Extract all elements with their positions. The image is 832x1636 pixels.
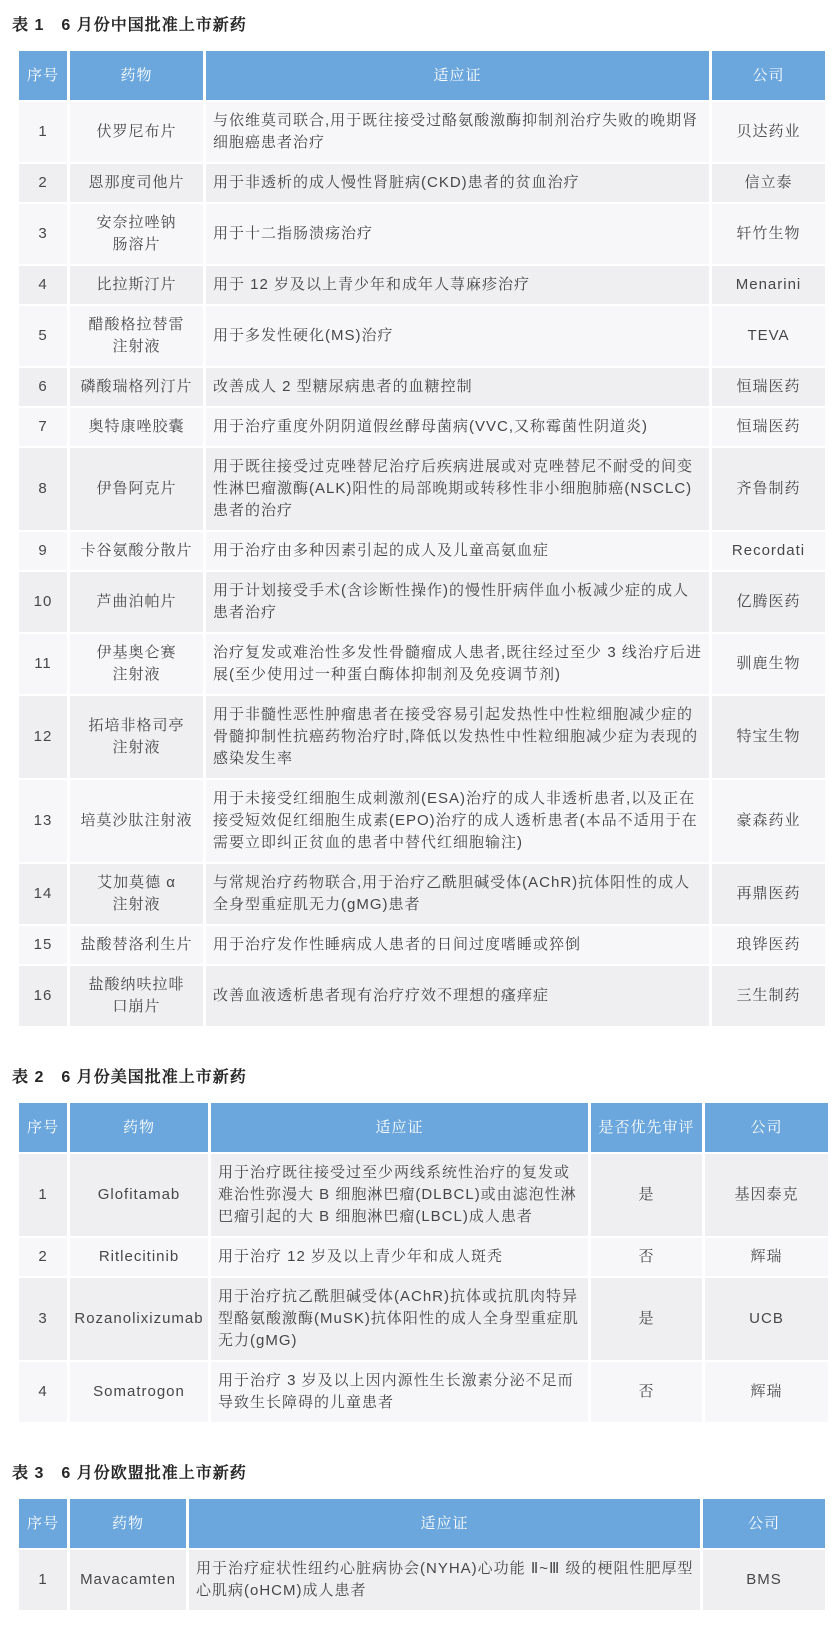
table2-usa-approvals: 序号药物适应证是否优先审评公司1Glofitamab用于治疗既往接受过至少两线系… [16,1101,831,1424]
table-row: 16盐酸纳呋拉啡 口崩片改善血液透析患者现有治疗疗效不理想的瘙痒症三生制药 [19,966,825,1026]
drug-name-cell: 盐酸纳呋拉啡 口崩片 [70,966,203,1026]
row-number-cell: 1 [19,102,67,162]
indication-cell: 用于治疗重度外阴阴道假丝酵母菌病(VVC,又称霉菌性阴道炎) [206,408,709,446]
table-row: 9卡谷氨酸分散片用于治疗由多种因素引起的成人及儿童高氨血症Recordati [19,532,825,570]
drug-name-cell: 艾加莫德 α 注射液 [70,864,203,924]
table2-section: 表 2 6 月份美国批准上市新药 序号药物适应证是否优先审评公司1Glofita… [0,1064,832,1424]
indication-cell: 与依维莫司联合,用于既往接受过酪氨酸激酶抑制剂治疗失败的晚期肾细胞癌患者治疗 [206,102,709,162]
table1-section: 表 1 6 月份中国批准上市新药 序号药物适应证公司1伏罗尼布片与依维莫司联合,… [0,12,832,1028]
company-cell: 三生制药 [712,966,825,1026]
table-row: 7奥特康唑胶囊用于治疗重度外阴阴道假丝酵母菌病(VVC,又称霉菌性阴道炎)恒瑞医… [19,408,825,446]
company-cell: 齐鲁制药 [712,448,825,530]
row-number-cell: 15 [19,926,67,964]
company-cell: 驯鹿生物 [712,634,825,694]
indication-cell: 用于非髓性恶性肿瘤患者在接受容易引起发热性中性粒细胞减少症的骨髓抑制性抗癌药物治… [206,696,709,778]
indication-cell: 用于多发性硬化(MS)治疗 [206,306,709,366]
company-cell: 辉瑞 [705,1238,828,1276]
indication-cell: 用于治疗 12 岁及以上青少年和成人斑秃 [211,1238,588,1276]
table-row: 3安奈拉唑钠 肠溶片用于十二指肠溃疡治疗轩竹生物 [19,204,825,264]
drug-name-cell: 伏罗尼布片 [70,102,203,162]
indication-cell: 用于未接受红细胞生成刺激剂(ESA)治疗的成人非透析患者,以及正在接受短效促红细… [206,780,709,862]
table-row: 15盐酸替洛利生片用于治疗发作性睡病成人患者的日间过度嗜睡或猝倒琅铧医药 [19,926,825,964]
drug-name-cell: Glofitamab [70,1154,208,1236]
company-cell: 恒瑞医药 [712,408,825,446]
table3-title: 表 3 6 月份欧盟批准上市新药 [12,1460,832,1483]
table-row: 6磷酸瑞格列汀片改善成人 2 型糖尿病患者的血糖控制恒瑞医药 [19,368,825,406]
row-number-cell: 1 [19,1154,67,1236]
indication-cell: 用于十二指肠溃疡治疗 [206,204,709,264]
drug-name-cell: 盐酸替洛利生片 [70,926,203,964]
row-number-cell: 4 [19,266,67,304]
drug-name-cell: 伊鲁阿克片 [70,448,203,530]
priority-review-cell: 否 [591,1362,702,1422]
column-header-drug-name: 药物 [70,51,203,100]
company-cell: 贝达药业 [712,102,825,162]
column-header-drug-name: 药物 [70,1499,186,1548]
company-cell: 辉瑞 [705,1362,828,1422]
table-row: 10芦曲泊帕片用于计划接受手术(含诊断性操作)的慢性肝病伴血小板减少症的成人患者… [19,572,825,632]
company-cell: 恒瑞医药 [712,368,825,406]
row-number-cell: 7 [19,408,67,446]
row-number-cell: 13 [19,780,67,862]
column-header-row: 序号药物适应证公司 [19,51,825,100]
drug-name-cell: 芦曲泊帕片 [70,572,203,632]
table-row: 8伊鲁阿克片用于既往接受过克唑替尼治疗后疾病进展或对克唑替尼不耐受的间变性淋巴瘤… [19,448,825,530]
drug-name-cell: 恩那度司他片 [70,164,203,202]
priority-review-cell: 是 [591,1154,702,1236]
indication-cell: 改善成人 2 型糖尿病患者的血糖控制 [206,368,709,406]
company-cell: TEVA [712,306,825,366]
indication-cell: 用于非透析的成人慢性肾脏病(CKD)患者的贫血治疗 [206,164,709,202]
table-row: 11伊基奥仑赛 注射液治疗复发或难治性多发性骨髓瘤成人患者,既往经过至少 3 线… [19,634,825,694]
table-row: 5醋酸格拉替雷 注射液用于多发性硬化(MS)治疗TEVA [19,306,825,366]
drug-name-cell: Rozanolixizumab [70,1278,208,1360]
row-number-cell: 8 [19,448,67,530]
row-number-cell: 1 [19,1550,67,1610]
column-header-indication: 适应证 [211,1103,588,1152]
table-row: 2恩那度司他片用于非透析的成人慢性肾脏病(CKD)患者的贫血治疗信立泰 [19,164,825,202]
drug-name-cell: 磷酸瑞格列汀片 [70,368,203,406]
indication-cell: 用于治疗由多种因素引起的成人及儿童高氨血症 [206,532,709,570]
column-header-row-number: 序号 [19,1499,67,1548]
table-row: 13培莫沙肽注射液用于未接受红细胞生成刺激剂(ESA)治疗的成人非透析患者,以及… [19,780,825,862]
drug-name-cell: 安奈拉唑钠 肠溶片 [70,204,203,264]
indication-cell: 用于计划接受手术(含诊断性操作)的慢性肝病伴血小板减少症的成人患者治疗 [206,572,709,632]
column-header-row: 序号药物适应证是否优先审评公司 [19,1103,828,1152]
row-number-cell: 11 [19,634,67,694]
table-row: 1Glofitamab用于治疗既往接受过至少两线系统性治疗的复发或难治性弥漫大 … [19,1154,828,1236]
column-header-drug-name: 药物 [70,1103,208,1152]
indication-cell: 用于治疗抗乙酰胆碱受体(AChR)抗体或抗肌肉特异型酪氨酸激酶(MuSK)抗体阳… [211,1278,588,1360]
priority-review-cell: 是 [591,1278,702,1360]
table-row: 14艾加莫德 α 注射液与常规治疗药物联合,用于治疗乙酰胆碱受体(AChR)抗体… [19,864,825,924]
indication-cell: 用于治疗症状性纽约心脏病协会(NYHA)心功能 Ⅱ~Ⅲ 级的梗阻性肥厚型心肌病(… [189,1550,700,1610]
table2-title: 表 2 6 月份美国批准上市新药 [12,1064,832,1087]
indication-cell: 用于治疗发作性睡病成人患者的日间过度嗜睡或猝倒 [206,926,709,964]
row-number-cell: 3 [19,204,67,264]
drug-name-cell: Mavacamten [70,1550,186,1610]
column-header-row-number: 序号 [19,1103,67,1152]
table-row: 1Mavacamten用于治疗症状性纽约心脏病协会(NYHA)心功能 Ⅱ~Ⅲ 级… [19,1550,825,1610]
drug-name-cell: 拓培非格司亭 注射液 [70,696,203,778]
row-number-cell: 3 [19,1278,67,1360]
indication-cell: 用于治疗 3 岁及以上因内源性生长激素分泌不足而导致生长障碍的儿童患者 [211,1362,588,1422]
indication-cell: 用于治疗既往接受过至少两线系统性治疗的复发或难治性弥漫大 B 细胞淋巴瘤(DLB… [211,1154,588,1236]
company-cell: 特宝生物 [712,696,825,778]
column-header-company: 公司 [712,51,825,100]
indication-cell: 用于 12 岁及以上青少年和成年人荨麻疹治疗 [206,266,709,304]
row-number-cell: 4 [19,1362,67,1422]
company-cell: 豪森药业 [712,780,825,862]
table-row: 2Ritlecitinib用于治疗 12 岁及以上青少年和成人斑秃否辉瑞 [19,1238,828,1276]
indication-cell: 改善血液透析患者现有治疗疗效不理想的瘙痒症 [206,966,709,1026]
company-cell: Menarini [712,266,825,304]
row-number-cell: 2 [19,1238,67,1276]
drug-name-cell: Ritlecitinib [70,1238,208,1276]
company-cell: 亿腾医药 [712,572,825,632]
drug-name-cell: 醋酸格拉替雷 注射液 [70,306,203,366]
company-cell: 再鼎医药 [712,864,825,924]
column-header-company: 公司 [705,1103,828,1152]
drug-name-cell: 伊基奥仑赛 注射液 [70,634,203,694]
row-number-cell: 9 [19,532,67,570]
row-number-cell: 10 [19,572,67,632]
indication-cell: 用于既往接受过克唑替尼治疗后疾病进展或对克唑替尼不耐受的间变性淋巴瘤激酶(ALK… [206,448,709,530]
company-cell: 轩竹生物 [712,204,825,264]
indication-cell: 治疗复发或难治性多发性骨髓瘤成人患者,既往经过至少 3 线治疗后进展(至少使用过… [206,634,709,694]
table-row: 4比拉斯汀片用于 12 岁及以上青少年和成年人荨麻疹治疗Menarini [19,266,825,304]
company-cell: UCB [705,1278,828,1360]
table1-title: 表 1 6 月份中国批准上市新药 [12,12,832,35]
drug-name-cell: 卡谷氨酸分散片 [70,532,203,570]
row-number-cell: 16 [19,966,67,1026]
row-number-cell: 12 [19,696,67,778]
column-header-row-number: 序号 [19,51,67,100]
row-number-cell: 2 [19,164,67,202]
table-row: 4Somatrogon用于治疗 3 岁及以上因内源性生长激素分泌不足而导致生长障… [19,1362,828,1422]
company-cell: 基因泰克 [705,1154,828,1236]
company-cell: BMS [703,1550,825,1610]
drug-name-cell: 比拉斯汀片 [70,266,203,304]
indication-cell: 与常规治疗药物联合,用于治疗乙酰胆碱受体(AChR)抗体阳性的成人全身型重症肌无… [206,864,709,924]
row-number-cell: 14 [19,864,67,924]
row-number-cell: 5 [19,306,67,366]
company-cell: Recordati [712,532,825,570]
company-cell: 琅铧医药 [712,926,825,964]
column-header-indication: 适应证 [206,51,709,100]
table-row: 3Rozanolixizumab用于治疗抗乙酰胆碱受体(AChR)抗体或抗肌肉特… [19,1278,828,1360]
table3-eu-approvals: 序号药物适应证公司1Mavacamten用于治疗症状性纽约心脏病协会(NYHA)… [16,1497,828,1612]
table-row: 1伏罗尼布片与依维莫司联合,用于既往接受过酪氨酸激酶抑制剂治疗失败的晚期肾细胞癌… [19,102,825,162]
table1-china-approvals: 序号药物适应证公司1伏罗尼布片与依维莫司联合,用于既往接受过酪氨酸激酶抑制剂治疗… [16,49,828,1028]
table3-section: 表 3 6 月份欧盟批准上市新药 序号药物适应证公司1Mavacamten用于治… [0,1460,832,1612]
drug-name-cell: Somatrogon [70,1362,208,1422]
company-cell: 信立泰 [712,164,825,202]
column-header-company: 公司 [703,1499,825,1548]
drug-name-cell: 培莫沙肽注射液 [70,780,203,862]
page: 表 1 6 月份中国批准上市新药 序号药物适应证公司1伏罗尼布片与依维莫司联合,… [0,0,832,1636]
row-number-cell: 6 [19,368,67,406]
column-header-indication: 适应证 [189,1499,700,1548]
column-header-row: 序号药物适应证公司 [19,1499,825,1548]
column-header-priority-review: 是否优先审评 [591,1103,702,1152]
table-row: 12拓培非格司亭 注射液用于非髓性恶性肿瘤患者在接受容易引起发热性中性粒细胞减少… [19,696,825,778]
drug-name-cell: 奥特康唑胶囊 [70,408,203,446]
priority-review-cell: 否 [591,1238,702,1276]
